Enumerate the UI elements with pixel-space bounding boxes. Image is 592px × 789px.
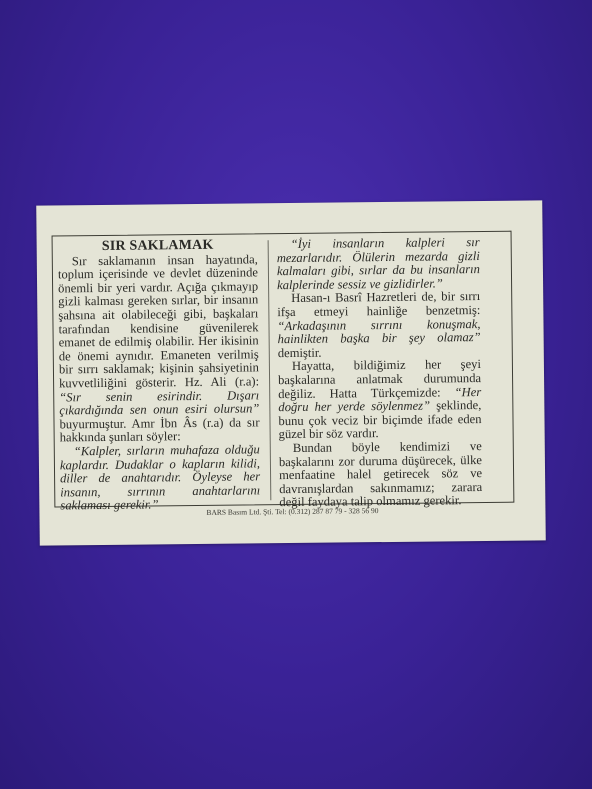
paragraph: Sır saklamanın insan hayatında, toplum i… (58, 253, 260, 445)
paper-clipping: SIR SAKLAMAK Sır saklamanın insan hayatı… (36, 200, 546, 545)
article-frame: SIR SAKLAMAK Sır saklamanın insan hayatı… (52, 231, 515, 508)
quote-paragraph: “İyi insanların kalpleri sır mezarlarıdı… (277, 236, 481, 292)
right-column: “İyi insanların kalpleri sır mezarlarıdı… (277, 236, 483, 510)
column-divider (268, 240, 272, 500)
text: demiştir. (278, 345, 322, 359)
quote: “Arkadaşının sırrını konuşmak, hainlikte… (277, 317, 480, 347)
paragraph: Bundan böyle kendimizi ve başkalarını zo… (279, 440, 483, 510)
text: Sır saklamanın insan hayatında, toplum i… (58, 252, 259, 390)
text: buyurmuştur. Amr İbn Âs (r.a) da sır hak… (59, 415, 259, 445)
text: Hasan-ı Basrî Hazretleri de, bir sırrı i… (277, 289, 480, 319)
left-column: SIR SAKLAMAK Sır saklamanın insan hayatı… (58, 238, 261, 513)
quote-paragraph: “Kalpler, sırların muhafaza olduğu kapla… (60, 443, 261, 513)
paragraph: Hayatta, bildiğimiz her şeyi başkalarına… (278, 358, 482, 442)
paragraph: Hasan-ı Basrî Hazretleri de, bir sırrı i… (277, 290, 481, 360)
quote: “Sır senin esirindir. Dışarı çıkardığınd… (59, 388, 259, 418)
text: Hayatta, bildiğimiz her şeyi başkalarına… (278, 357, 481, 400)
